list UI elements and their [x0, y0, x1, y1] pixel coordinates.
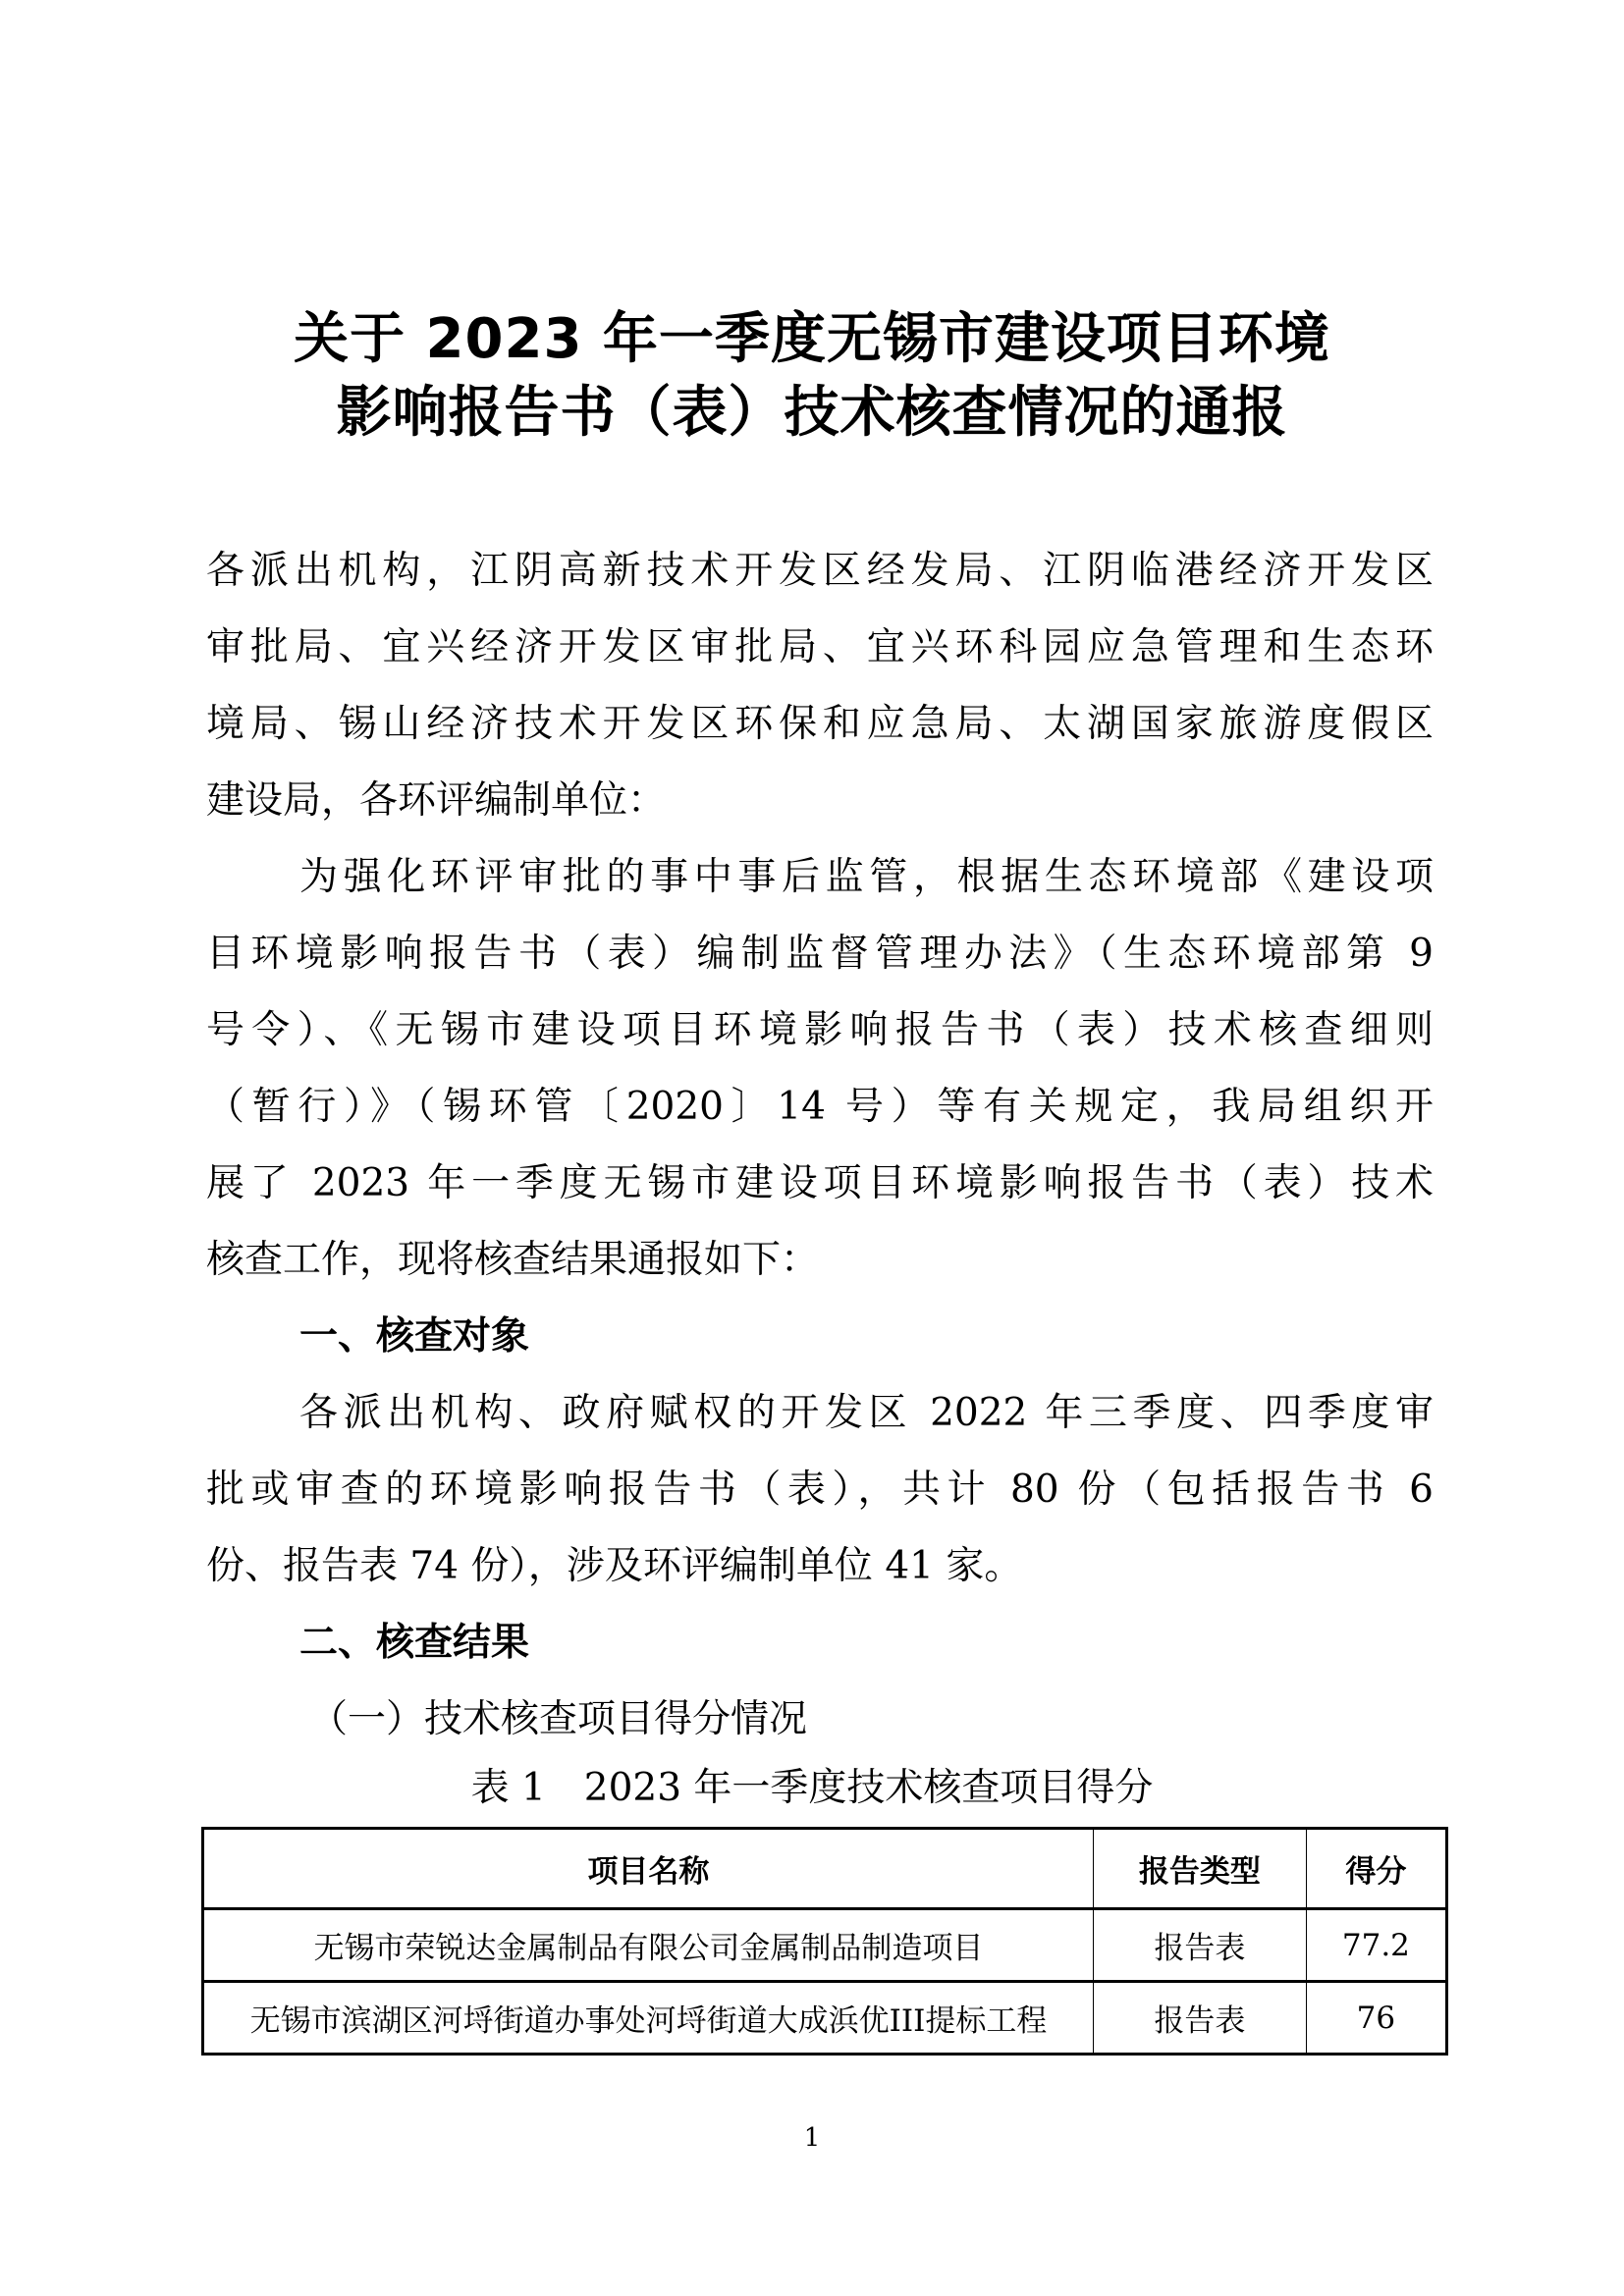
score-table: 项目名称 报告类型 得分 无锡市荣锐达金属制品有限公司金属制品制造项目 报告表 …	[201, 1827, 1448, 2056]
column-header-project-name: 项目名称	[203, 1829, 1094, 1909]
column-header-score: 得分	[1306, 1829, 1446, 1909]
paragraph-line: 各派出机构、政府赋权的开发区 2022 年三季度、四季度审	[299, 1388, 1434, 1439]
cell-report-type: 报告表	[1093, 1982, 1306, 2055]
salutation-line: 境局、锡山经济技术开发区环保和应急局、太湖国家旅游度假区	[206, 699, 1434, 750]
table-row: 无锡市滨湖区河埒街道办事处河埒街道大成浜优III提标工程 报告表 76	[203, 1982, 1447, 2055]
column-header-report-type: 报告类型	[1093, 1829, 1306, 1909]
document-title-line-1: 关于 2023 年一季度无锡市建设项目环境	[0, 304, 1624, 375]
cell-score: 76	[1306, 1982, 1446, 2055]
cell-project-name: 无锡市荣锐达金属制品有限公司金属制品制造项目	[203, 1909, 1094, 1982]
salutation-line: 各派出机构，江阴高新技术开发区经发局、江阴临港经济开发区	[206, 546, 1434, 597]
table-row: 无锡市荣锐达金属制品有限公司金属制品制造项目 报告表 77.2	[203, 1909, 1447, 1982]
section-heading-1: 一、核查对象	[299, 1311, 529, 1362]
cell-report-type: 报告表	[1093, 1909, 1306, 1982]
paragraph-line: 目环境影响报告书（表）编制监督管理办法》（生态环境部第 9	[206, 929, 1434, 980]
paragraph-line: 展了 2023 年一季度无锡市建设项目环境影响报告书（表）技术	[206, 1158, 1434, 1209]
subsection-heading: （一）技术核查项目得分情况	[309, 1694, 807, 1745]
document-title-line-2: 影响报告书（表）技术核查情况的通报	[0, 378, 1624, 449]
paragraph-line: 为强化环评审批的事中事后监管，根据生态环境部《建设项	[299, 852, 1434, 903]
paragraph-line: （暂行）》（锡环管〔2020〕14 号）等有关规定，我局组织开	[206, 1082, 1434, 1133]
salutation-line: 审批局、宜兴经济开发区审批局、宜兴环科园应急管理和生态环	[206, 622, 1434, 673]
paragraph-line: 份、报告表 74 份），涉及环评编制单位 41 家。	[206, 1541, 1434, 1592]
paragraph-line: 批或审查的环境影响报告书（表），共计 80 份（包括报告书 6	[206, 1465, 1434, 1516]
table-caption: 表 1 2023 年一季度技术核查项目得分	[0, 1763, 1624, 1814]
table-header-row: 项目名称 报告类型 得分	[203, 1829, 1447, 1909]
salutation-line: 建设局，各环评编制单位：	[206, 775, 1434, 827]
paragraph-line: 核查工作，现将核查结果通报如下：	[206, 1235, 1434, 1286]
cell-score: 77.2	[1306, 1909, 1446, 1982]
paragraph-line: 号令）、《无锡市建设项目环境影响报告书（表）技术核查细则	[206, 1005, 1434, 1056]
page-number: 1	[0, 2120, 1624, 2156]
cell-project-name: 无锡市滨湖区河埒街道办事处河埒街道大成浜优III提标工程	[203, 1982, 1094, 2055]
section-heading-2: 二、核查结果	[299, 1618, 529, 1669]
